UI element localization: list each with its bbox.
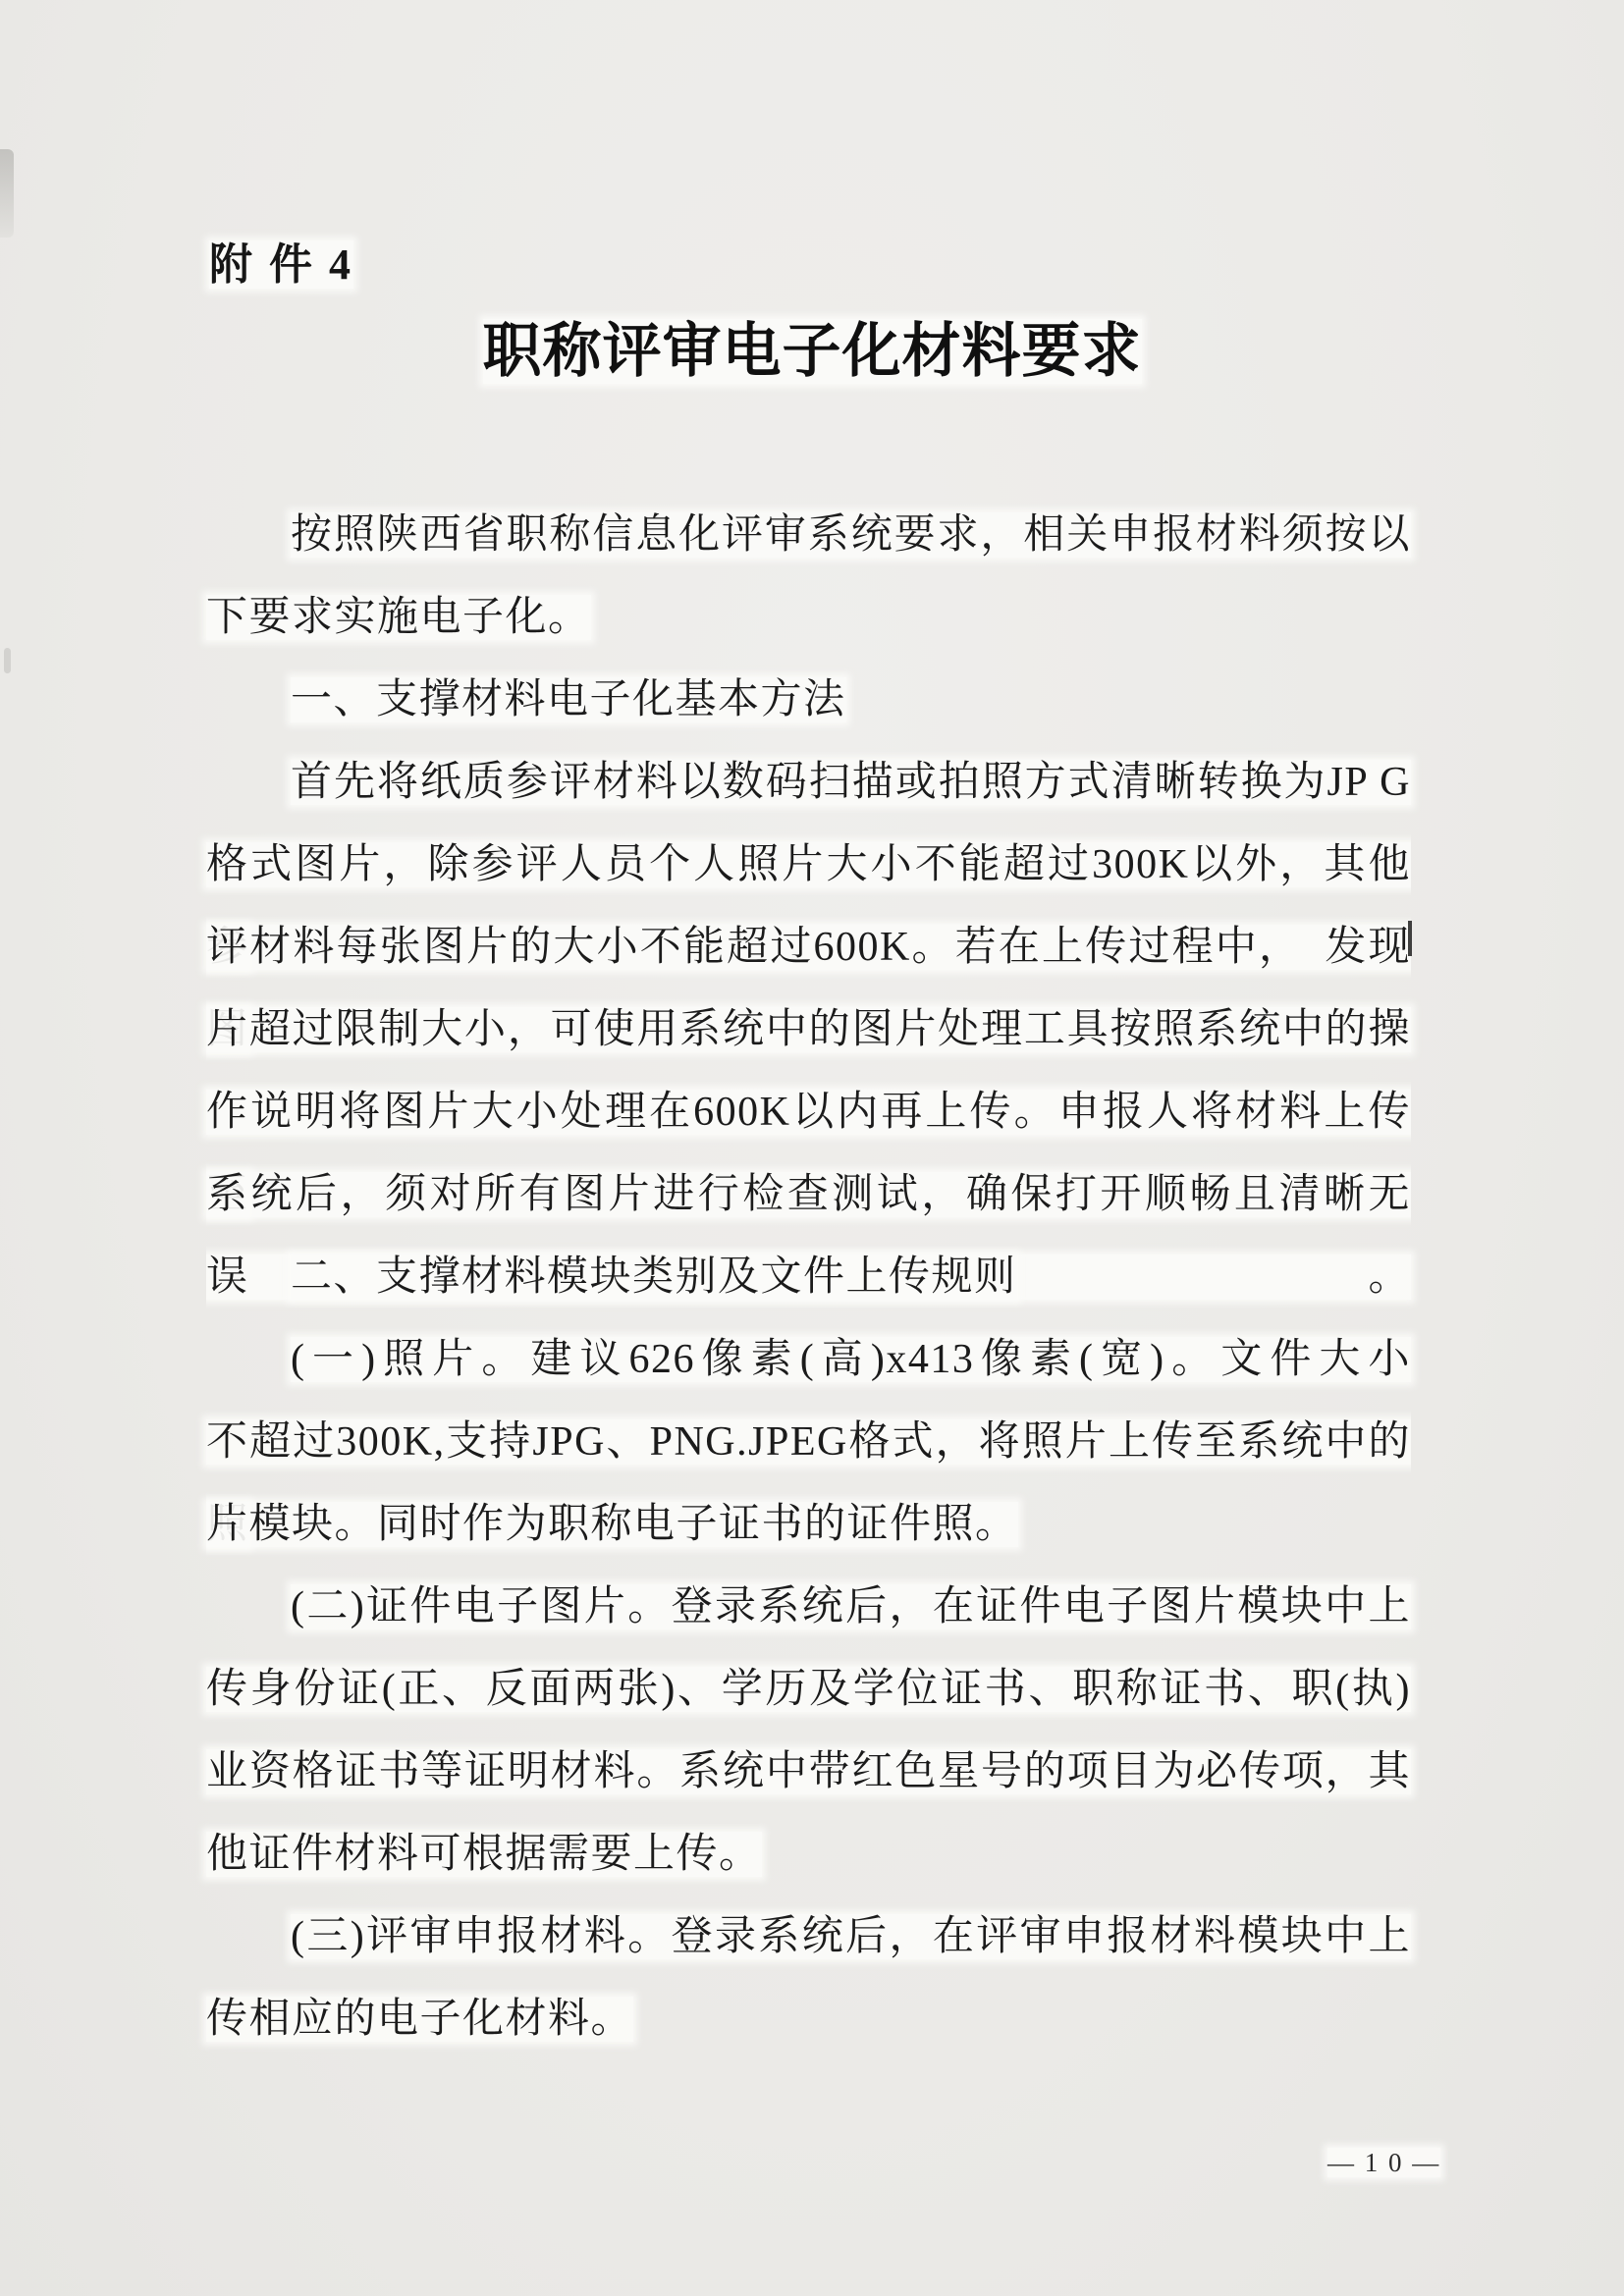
text-line: 系统后，须对所有图片进行检查测试，确保打开顺畅且清晰无误。 <box>206 1153 1411 1236</box>
text-line: 按照陕西省职称信息化评审系统要求，相关申报材料须按以 <box>206 494 1411 576</box>
page-number-text: — 1 0 — <box>1327 2148 1440 2177</box>
text-line: 首先将纸质参评材料以数码扫描或拍照方式清晰转换为JP G <box>206 741 1411 824</box>
scan-smudge <box>0 149 14 238</box>
text-line-content: 按照陕西省职称信息化评审系统要求，相关申报材料须按以 <box>291 512 1411 558</box>
text-line: (二)证件电子图片。登录系统后，在证件电子图片模块中上 <box>206 1566 1411 1648</box>
text-line: 评材料每张图片的大小不能超过600K。若在上传过程中， 发现图 <box>206 906 1411 988</box>
text-line-content: 一、支撑材料电子化基本方法 <box>291 677 846 722</box>
text-line-content: (一)照片。建议626像素(高)x413像素(宽)。文件大小 <box>291 1337 1411 1382</box>
text-line: 格式图片，除参评人员个人照片大小不能超过300K以外，其他参 <box>206 824 1411 906</box>
text-line-content: 片模块。同时作为职称电子证书的证件照。 <box>206 1502 1018 1547</box>
body-text: 按照陕西省职称信息化评审系统要求，相关申报材料须按以下要求实施电子化。一、支撑材… <box>206 494 1411 2060</box>
text-line: (一)照片。建议626像素(高)x413像素(宽)。文件大小 <box>206 1318 1411 1401</box>
document-title: 职称评审电子化材料要求 <box>0 316 1624 387</box>
text-line-content: 传相应的电子化材料。 <box>206 1997 633 2042</box>
text-line: 一、支撑材料电子化基本方法 <box>206 659 1411 741</box>
text-line: 作说明将图片大小处理在600K以内再上传。申报人将材料上传至 <box>206 1071 1411 1153</box>
text-line-content: (二)证件电子图片。登录系统后，在证件电子图片模块中上 <box>291 1584 1411 1629</box>
text-line: (三)评审申报材料。登录系统后，在评审申报材料模块中上 <box>206 1896 1411 1978</box>
text-line-content: 片超过限制大小，可使用系统中的图片处理工具按照系统中的操 <box>206 1007 1411 1052</box>
text-line-content: 业资格证书等证明材料。系统中带红色星号的项目为必传项，其 <box>206 1749 1411 1794</box>
text-line: 传身份证(正、反面两张)、学历及学位证书、职称证书、职(执) <box>206 1648 1411 1731</box>
scan-artifact-line <box>1408 921 1412 956</box>
text-line-content: 下要求实施电子化。 <box>206 595 591 640</box>
text-line-content: 传身份证(正、反面两张)、学历及学位证书、职称证书、职(执) <box>206 1667 1411 1712</box>
text-line: 业资格证书等证明材料。系统中带红色星号的项目为必传项，其 <box>206 1731 1411 1813</box>
text-line: 下要求实施电子化。 <box>206 576 1411 659</box>
scan-smudge <box>4 648 11 673</box>
document-page: 附 件 4 职称评审电子化材料要求 按照陕西省职称信息化评审系统要求，相关申报材… <box>0 0 1624 2296</box>
text-line: 不超过300K,支持JPG、PNG.JPEG格式，将照片上传至系统中的照 <box>206 1401 1411 1483</box>
text-line-content: 首先将纸质参评材料以数码扫描或拍照方式清晰转换为JP G <box>291 760 1411 805</box>
attachment-label-text: 附 件 4 <box>209 240 353 289</box>
text-line: 他证件材料可根据需要上传。 <box>206 1813 1411 1896</box>
text-line: 片超过限制大小，可使用系统中的图片处理工具按照系统中的操 <box>206 988 1411 1071</box>
text-line: 片模块。同时作为职称电子证书的证件照。 <box>206 1483 1411 1566</box>
page-number: — 1 0 — <box>1327 2144 1440 2181</box>
text-line-content: (三)评审申报材料。登录系统后，在评审申报材料模块中上 <box>291 1914 1411 1959</box>
document-title-text: 职称评审电子化材料要求 <box>483 319 1142 384</box>
attachment-label: 附 件 4 <box>209 236 353 294</box>
text-line-content: 他证件材料可根据需要上传。 <box>206 1832 762 1877</box>
text-line: 传相应的电子化材料。 <box>206 1978 1411 2060</box>
text-line-content: 二、支撑材料模块类别及文件上传规则 <box>291 1255 1017 1300</box>
